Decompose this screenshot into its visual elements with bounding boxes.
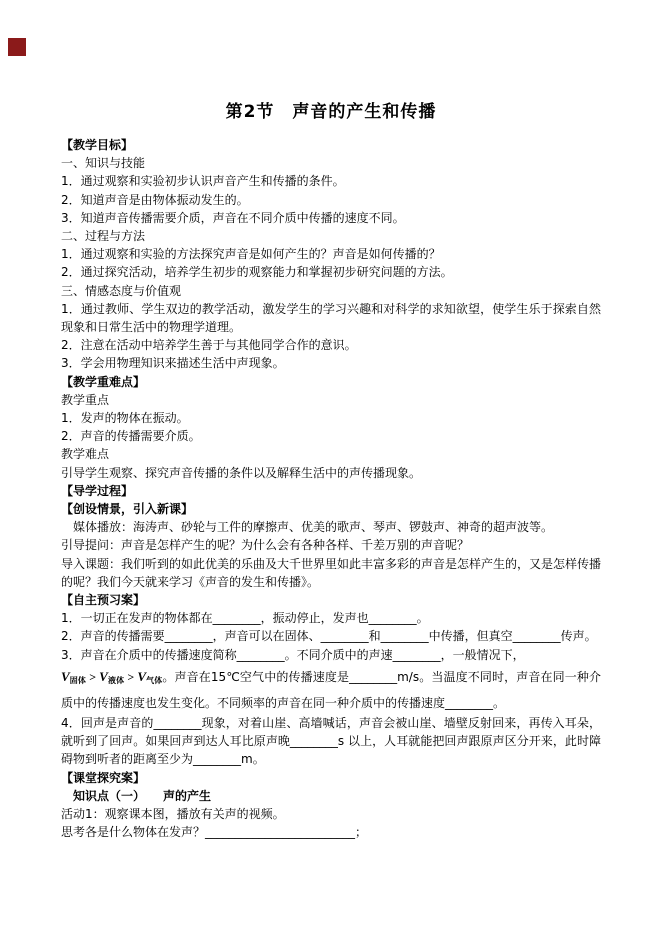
doc-line: 1．通过观察和实验的方法探究声音是如何产生的？声音是如何传播的？ <box>61 245 601 263</box>
velocity-formula: V固体 > V液体 > V气体。声音在15℃空气中的传播速度是________m… <box>61 666 601 714</box>
velocity-subscript: 固体 <box>70 676 86 685</box>
section-heading: 【课堂探究案】 <box>61 769 601 787</box>
doc-line: 3．声音在介质中的传播速度简称________。不同介质中的声速________… <box>61 646 601 664</box>
doc-title: 第2节 声音的产生和传播 <box>61 100 601 124</box>
doc-line: 1．发声的物体在振动。 <box>61 409 601 427</box>
doc-line: 一、知识与技能 <box>61 154 601 172</box>
doc-line: 2．通过探究活动，培养学生初步的观察能力和掌握初步研究问题的方法。 <box>61 263 601 281</box>
doc-line: 2．知道声音是由物体振动发生的。 <box>61 191 601 209</box>
doc-line: 引导提问：声音是怎样产生的呢？为什么会有各种各样、千差万别的声音呢？ <box>61 536 601 554</box>
doc-line: 二、过程与方法 <box>61 227 601 245</box>
velocity-variable: V <box>61 669 70 684</box>
velocity-variable: V <box>137 669 146 684</box>
formula-text: > <box>86 670 99 684</box>
velocity-variable: V <box>99 669 108 684</box>
doc-line: 1．通过观察和实验初步认识声音产生和传播的条件。 <box>61 172 601 190</box>
section-heading: 【创设情景，引入新课】 <box>61 500 601 518</box>
doc-line: 1．通过教师、学生双边的教学活动，激发学生的学习兴趣和对科学的求知欲望，使学生乐… <box>61 300 601 336</box>
red-marker-square <box>8 38 26 56</box>
section-heading: 【自主预习案】 <box>61 591 601 609</box>
velocity-subscript: 气体 <box>146 676 162 685</box>
doc-line: 媒体播放：海涛声、砂轮与工件的摩擦声、优美的歌声、琴声、锣鼓声、神奇的超声波等。 <box>61 518 601 536</box>
doc-line: 1．一切正在发声的物体都在________，振动停止，发声也________。 <box>61 609 601 627</box>
section-heading: 【教学目标】 <box>61 136 601 154</box>
doc-line: 思考各是什么物体在发声？_________________________； <box>61 823 601 841</box>
doc-line: 2．注意在活动中培养学生善于与其他同学合作的意识。 <box>61 336 601 354</box>
doc-line: 教学难点 <box>61 445 601 463</box>
doc-line: 三、情感态度与价值观 <box>61 282 601 300</box>
doc-line: 活动1：观察课本图，播放有关声的视频。 <box>61 805 601 823</box>
doc-line: 2．声音的传播需要介质。 <box>61 427 601 445</box>
doc-line: 教学重点 <box>61 391 601 409</box>
section-heading: 【教学重难点】 <box>61 373 601 391</box>
doc-line: 知识点（一） 声的产生 <box>61 787 601 805</box>
doc-line: 3．学会用物理知识来描述生活中声现象。 <box>61 354 601 372</box>
document-page: 第2节 声音的产生和传播 【教学目标】一、知识与技能1．通过观察和实验初步认识声… <box>0 0 661 935</box>
velocity-subscript: 液体 <box>108 676 124 685</box>
doc-line: 2．声音的传播需要________，声音可以在固体、________和_____… <box>61 627 601 645</box>
doc-line: 4．回声是声音的________现象，对着山崖、高墙喊话，声音会被山崖、墙壁反射… <box>61 714 601 769</box>
document-body: 第2节 声音的产生和传播 【教学目标】一、知识与技能1．通过观察和实验初步认识声… <box>61 100 601 841</box>
formula-text: > <box>124 670 137 684</box>
doc-line: 导入课题：我们听到的如此优美的乐曲及大千世界里如此丰富多彩的声音是怎样产生的，又… <box>61 555 601 591</box>
section-heading: 【导学过程】 <box>61 482 601 500</box>
doc-line: 3．知道声音传播需要介质，声音在不同介质中传播的速度不同。 <box>61 209 601 227</box>
doc-line: 引导学生观察、探究声音传播的条件以及解释生活中的声传播现象。 <box>61 464 601 482</box>
